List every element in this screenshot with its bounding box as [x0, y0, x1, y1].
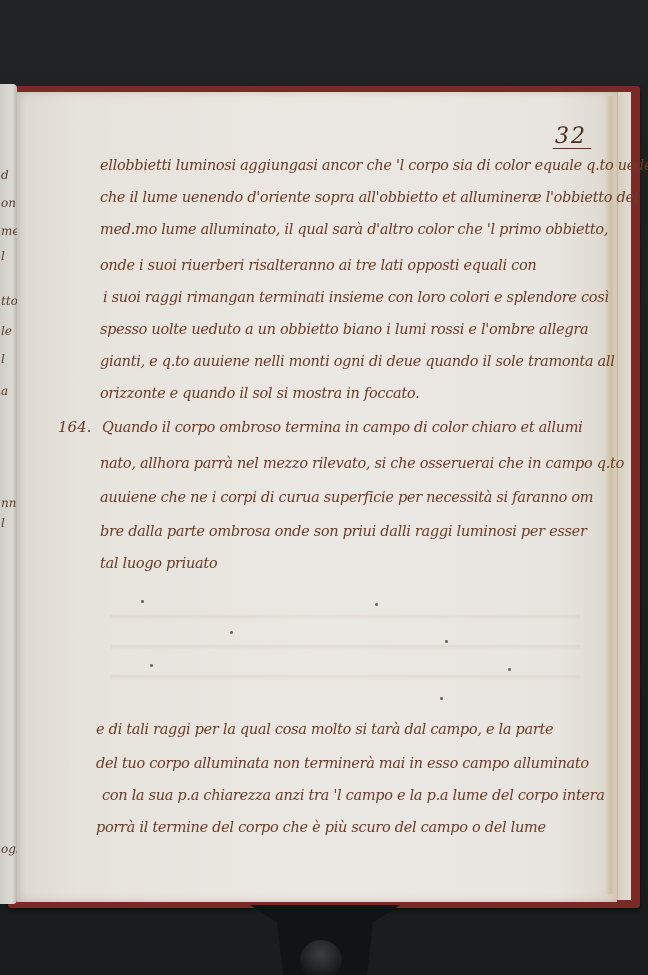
ink-speck	[230, 631, 233, 634]
text-line: nato, allhora parrà nel mezzo rilevato, …	[100, 456, 624, 472]
facing-page-fragment: l	[1, 249, 5, 263]
text-line: con la sua p.a chiarezza anzi tra 'l cam…	[102, 788, 605, 804]
text-line: spesso uolte ueduto a un obbietto biano …	[100, 322, 588, 338]
ink-speck	[141, 600, 144, 603]
facing-page-fragment: d	[1, 168, 9, 182]
text-line: e di tali raggi per la qual cosa molto s…	[96, 722, 553, 738]
fore-edge	[617, 92, 631, 900]
text-line: onde i suoi riuerberi risalteranno ai tr…	[100, 258, 536, 274]
text-line: del tuo corpo alluminata non terminerà m…	[96, 756, 589, 772]
facing-page-fragment: l	[1, 516, 5, 530]
ink-speck	[375, 603, 378, 606]
paragraph-number: 164.	[58, 418, 91, 436]
facing-page-fragment: ogl	[1, 842, 17, 856]
facing-page-fragment: on	[1, 196, 16, 210]
text-line: gianti, e q.to auuiene nelli monti ogni …	[100, 354, 615, 370]
folio-number: 32	[553, 126, 591, 149]
ink-speck	[440, 697, 443, 700]
text-line: ellobbietti luminosi aggiungasi ancor ch…	[100, 158, 648, 174]
facing-page-fragment: le	[1, 324, 12, 338]
facing-page-fragment: a	[1, 384, 8, 398]
text-line: Quando il corpo ombroso termina in campo…	[102, 420, 583, 436]
ink-speck	[508, 668, 511, 671]
text-line: auuiene che ne i corpi di curua superfic…	[100, 490, 593, 506]
text-line: med.mo lume alluminato, il qual sarà d'a…	[100, 222, 608, 238]
text-line: orizzonte e quando il sol si mostra in f…	[100, 386, 419, 402]
text-line: tal luogo priuato	[100, 556, 217, 572]
text-line: che il lume uenendo d'oriente sopra all'…	[100, 190, 638, 206]
bleed-through-area	[110, 590, 580, 700]
facing-page-edge: d on me l tto le l a nne l ogl	[0, 84, 17, 904]
book-cradle-knob	[300, 940, 342, 975]
facing-page-fragment: nne	[1, 496, 17, 510]
text-line: bre dalla parte ombrosa onde son priui d…	[100, 524, 587, 540]
facing-page-fragment: l	[1, 352, 5, 366]
text-line: i suoi raggi rimangan terminati insieme …	[103, 290, 609, 306]
text-line: porrà il termine del corpo che è più scu…	[96, 820, 546, 836]
facing-page-fragment: tto	[1, 294, 17, 308]
ink-speck	[150, 664, 153, 667]
ink-speck	[445, 640, 448, 643]
facing-page-fragment: me	[1, 224, 17, 238]
